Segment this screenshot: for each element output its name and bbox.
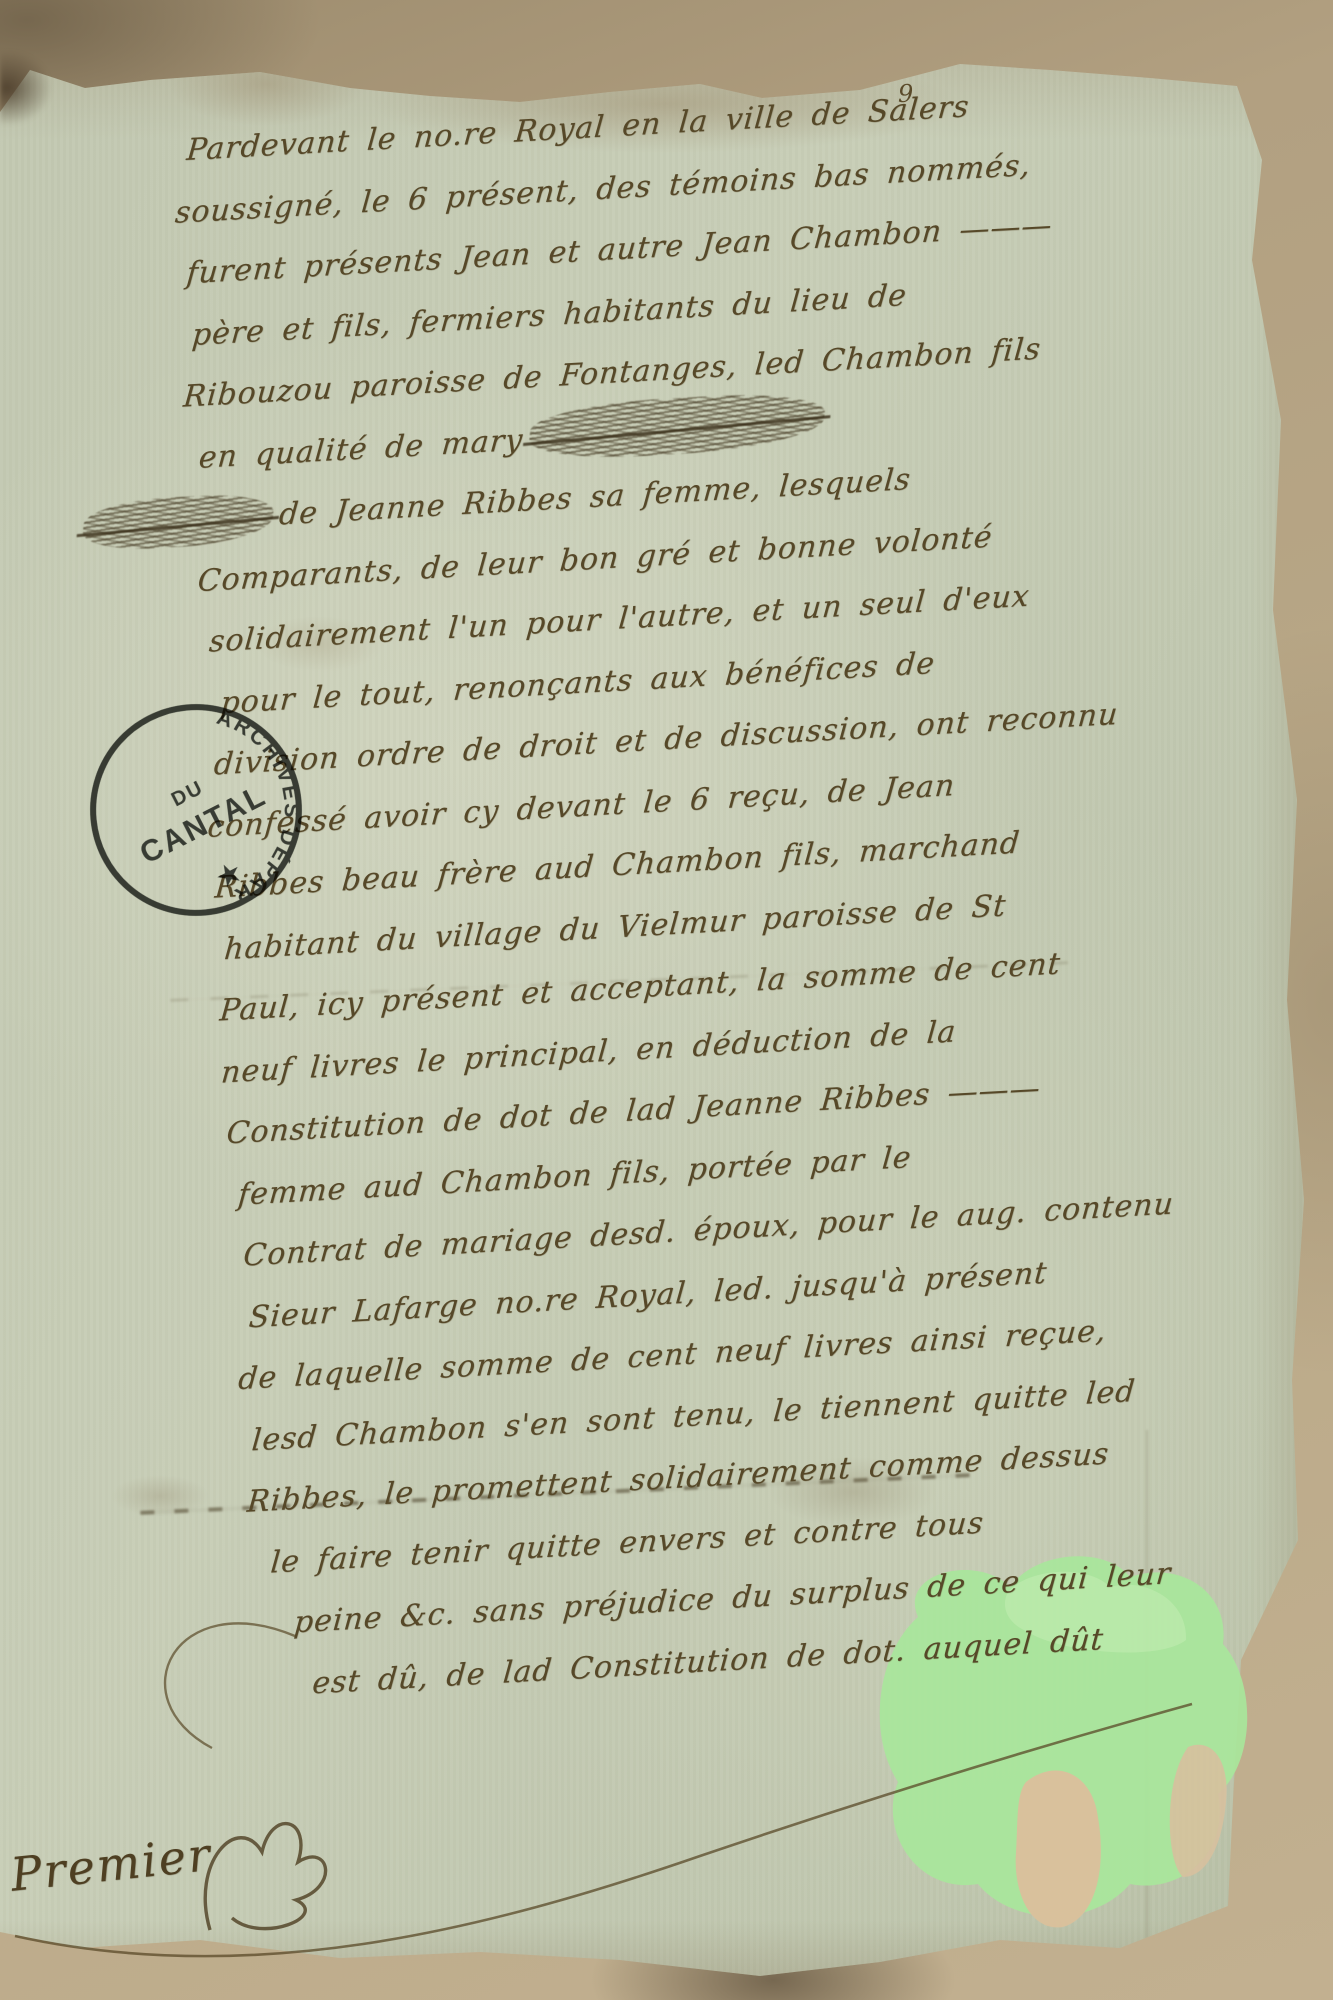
manuscript-line-text: en qualité de mary — [197, 422, 524, 475]
manuscript-text-block: Pardevant le no.re Royal en la ville de … — [150, 62, 1318, 1719]
ink-scribble — [81, 492, 275, 553]
photograph-backdrop: 9 Pardevant le no.re Royal en la ville d… — [0, 0, 1333, 2000]
torn-corner-shadow — [0, 48, 70, 148]
stamp-du-text: DU — [168, 777, 208, 812]
